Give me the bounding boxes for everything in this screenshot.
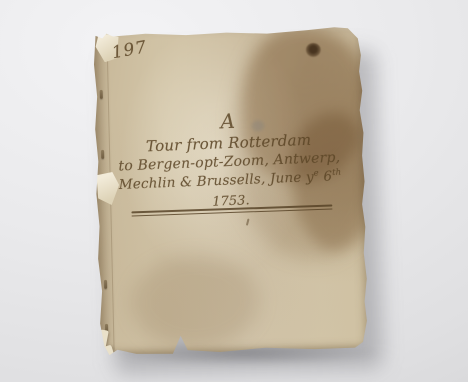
photo-canvas: 197 A Tour from Rotterdam to Bergen-opt-… (0, 0, 468, 382)
superscript-th: th (332, 167, 342, 177)
stitch-thread (100, 90, 103, 99)
title-line-day: 6 (319, 168, 333, 185)
stitch-thread (104, 280, 107, 289)
manuscript-book: 197 A Tour from Rotterdam to Bergen-opt-… (91, 26, 368, 356)
stray-ink-mark (246, 218, 250, 225)
handwritten-title-block: A Tour from Rotterdam to Bergen-opt-Zoom… (92, 106, 366, 214)
faint-stain-bottom (130, 254, 260, 349)
